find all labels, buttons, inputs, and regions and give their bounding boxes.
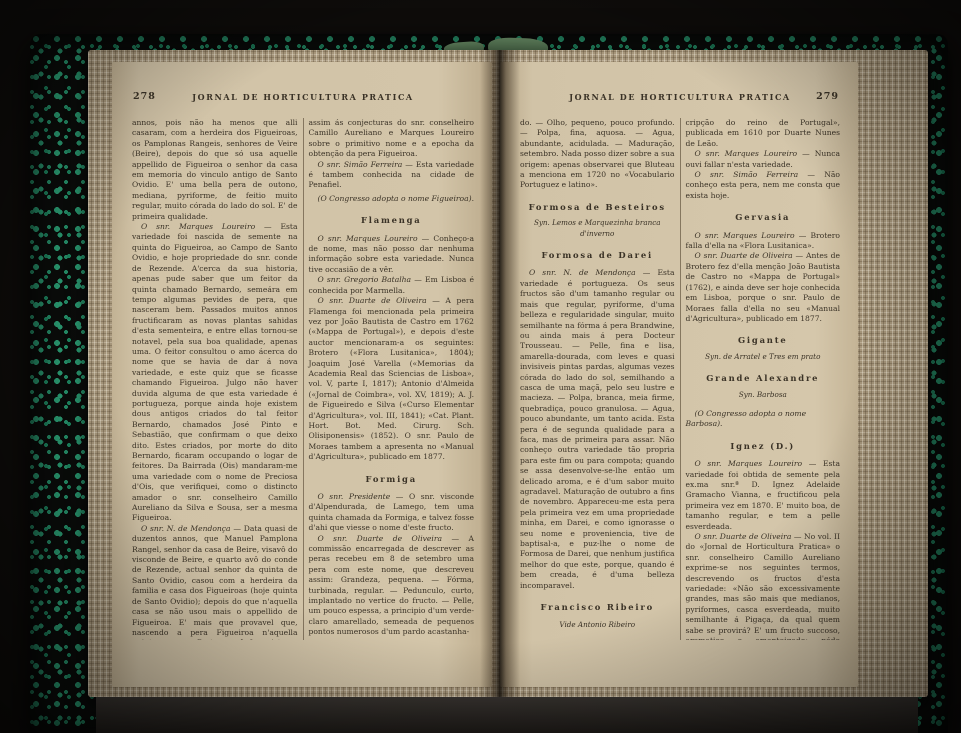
- page-left-header: 278 JORNAL DE HORTICULTURA PRATICA: [131, 92, 475, 108]
- paragraph: O snr. Duarte de Oliveira — A pera Flame…: [309, 296, 475, 463]
- paragraph: O snr. Duarte de Oliveira — No vol. II d…: [686, 532, 841, 640]
- section-heading: Ignez (D.): [686, 441, 841, 451]
- speaker-name: O snr. Marques Loureiro: [695, 231, 795, 240]
- page-number-right: 279: [816, 91, 839, 102]
- paragraph: O snr. Gregorio Batalha — Em Lisboa é co…: [309, 275, 475, 296]
- page-right-content: JORNAL DE HORTICULTURA PRATICA 279 do. —…: [500, 62, 858, 687]
- paragraph: O snr. Simão Ferreira — Não conheço esta…: [686, 170, 841, 201]
- speaker-name: O snr. N. de Mendonça: [529, 268, 636, 277]
- text-column: assim ás conjecturas do snr. conselheiro…: [303, 118, 480, 640]
- speaker-name: O snr. Gregorio Batalha: [318, 275, 412, 284]
- speaker-name: O snr. Marques Loureiro: [318, 234, 418, 243]
- paragraph: O snr. Marques Loureiro — Conheço-a de n…: [309, 234, 475, 276]
- paragraph: O snr. Marques Loureiro — Esta variedade…: [132, 222, 298, 524]
- section-heading: Formiga: [309, 474, 475, 484]
- paragraph: O snr. Duarte de Oliveira — Antes de Bro…: [686, 251, 841, 324]
- speaker-name: O snr. Duarte de Oliveira: [695, 251, 793, 260]
- paragraph: assim ás conjecturas do snr. conselheiro…: [309, 118, 475, 160]
- page-stack: 278 JORNAL DE HORTICULTURA PRATICA annos…: [88, 50, 928, 697]
- paragraph: O snr. Simão Ferreira — Esta variedade é…: [309, 160, 475, 191]
- speaker-name: O snr. Marques Loureiro: [141, 222, 255, 231]
- section-heading: Francisco Ribeiro: [520, 602, 675, 612]
- speaker-name: O snr. Marques Loureiro: [695, 149, 798, 158]
- speaker-name: O snr. Duarte de Oliveira: [318, 296, 427, 305]
- paragraph: O snr. Marques Loureiro — Nunca ouvi fal…: [686, 149, 841, 170]
- section-heading: Gervasia: [686, 212, 841, 222]
- synonym-line: Syn. Barbosa: [686, 390, 841, 400]
- paragraph: O snr. Marques Loureiro — Esta variedade…: [686, 459, 841, 532]
- speaker-name: O snr. Simão Ferreira: [695, 170, 799, 179]
- synonym-line: Syn. Lemos e Marquezinha branca d'invern…: [520, 218, 675, 239]
- page-left-columns: annos, pois não ha menos que alli casara…: [127, 118, 479, 640]
- section-heading: Gigante: [686, 335, 841, 345]
- paragraph: O snr. N. de Mendonça — Esta variedade é…: [520, 268, 675, 591]
- running-head-right: JORNAL DE HORTICULTURA PRATICA: [519, 92, 841, 102]
- page-right: JORNAL DE HORTICULTURA PRATICA 279 do. —…: [500, 62, 858, 687]
- cross-reference: Vide Antonio Ribeiro: [520, 620, 675, 630]
- paragraph: O snr. Duarte de Oliveira — A commissão …: [309, 534, 475, 638]
- page-right-header: JORNAL DE HORTICULTURA PRATICA 279: [519, 92, 841, 108]
- paragraph: do. — Olho, pequeno, pouco profundo. — P…: [520, 118, 675, 191]
- synonym-line: Syn. de Arratel e Tres em prato: [686, 352, 841, 362]
- paragraph: O snr. Presidente — O snr. visconde d'Al…: [309, 492, 475, 534]
- speaker-name: O snr. Marques Loureiro: [695, 459, 803, 468]
- speaker-name: O snr. Presidente: [318, 492, 391, 501]
- running-head-left: JORNAL DE HORTICULTURA PRATICA: [131, 92, 475, 102]
- page-left: 278 JORNAL DE HORTICULTURA PRATICA annos…: [112, 62, 492, 687]
- paragraph: cripção do reino de Portugal», publicada…: [686, 118, 841, 149]
- speaker-name: O snr. Duarte de Oliveira: [318, 534, 443, 543]
- text-column: cripção do reino de Portugal», publicada…: [680, 118, 846, 640]
- paragraph: O snr. Marques Loureiro — Brotero falla …: [686, 231, 841, 252]
- book-photo: 278 JORNAL DE HORTICULTURA PRATICA annos…: [0, 0, 961, 733]
- congress-note: (O Congresso adopta o nome Barbosa).: [686, 409, 841, 430]
- speaker-name: O snr. N. de Mendonça: [141, 524, 231, 533]
- paragraph: annos, pois não ha menos que alli casara…: [132, 118, 298, 222]
- cover-bottom-edge: [96, 697, 918, 733]
- congress-note: (O Congresso adopta o nome Figueiroa).: [309, 194, 475, 204]
- speaker-name: O snr. Simão Ferreira: [318, 160, 403, 169]
- text-column: do. — Olho, pequeno, pouco profundo. — P…: [515, 118, 680, 640]
- text-column: annos, pois não ha menos que alli casara…: [127, 118, 303, 640]
- paragraph: O snr. N. de Mendonça — Data quasi de du…: [132, 524, 298, 640]
- speaker-name: O snr. Duarte de Oliveira: [695, 532, 792, 541]
- section-heading: Grande Alexandre: [686, 373, 841, 383]
- section-heading: Formosa de Besteiros: [520, 202, 675, 212]
- section-heading: Formosa de Darei: [520, 250, 675, 260]
- section-heading: Flamenga: [309, 215, 475, 225]
- page-left-content: 278 JORNAL DE HORTICULTURA PRATICA annos…: [112, 62, 492, 687]
- page-right-columns: do. — Olho, pequeno, pouco profundo. — P…: [515, 118, 845, 640]
